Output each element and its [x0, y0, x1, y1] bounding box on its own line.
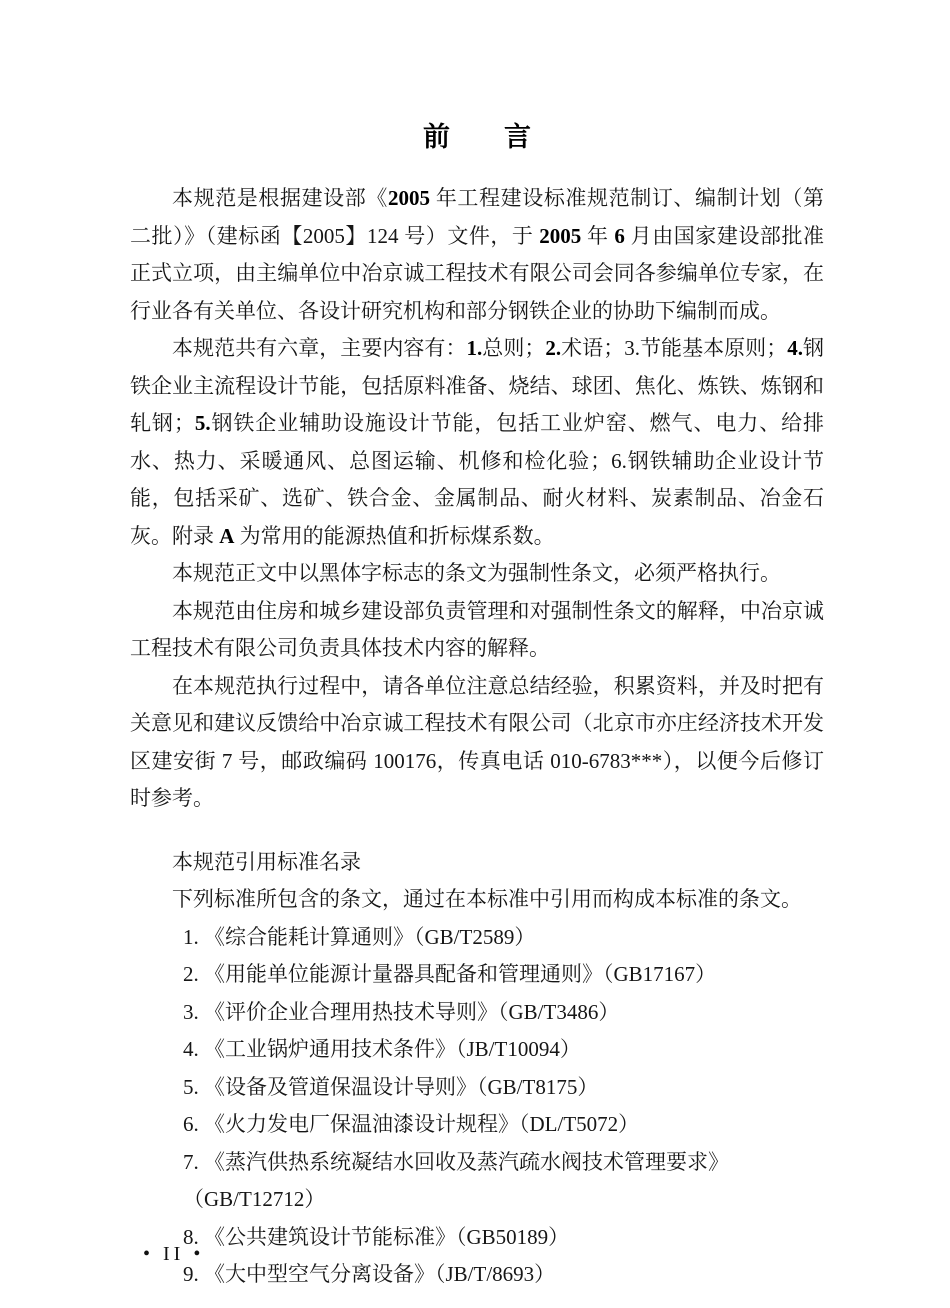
- reference-item-9: 9. 《大中型空气分离设备》（JB/T/8693）: [183, 1256, 824, 1294]
- bold-text-segment: 2.: [545, 336, 561, 360]
- bold-text-segment: A: [219, 524, 234, 548]
- text-segment: 本规范由住房和城乡建设部负责管理和对强制性条文的解释，中冶京诚工程技术有限公司负…: [130, 599, 824, 661]
- text-segment: 本规范共有六章，主要内容有：: [172, 336, 467, 360]
- reference-item-8: 8. 《公共建筑设计节能标准》（GB50189）: [183, 1219, 824, 1257]
- text-segment: 为常用的能源热值和折标煤系数。: [234, 524, 554, 548]
- page-title: 前 言: [130, 122, 824, 152]
- text-segment: 年: [581, 224, 614, 248]
- reference-item-6: 6. 《火力发电厂保温油漆设计规程》（DL/T5072）: [183, 1106, 824, 1144]
- preface-body: 本规范是根据建设部《2005 年工程建设标准规范制订、编制计划（第二批）》（建标…: [130, 180, 824, 1294]
- document-page: 前 言 本规范是根据建设部《2005 年工程建设标准规范制订、编制计划（第二批）…: [0, 0, 950, 1308]
- bold-text-segment: 2005: [539, 224, 581, 248]
- bold-text-segment: 1.: [467, 336, 483, 360]
- text-segment: 在本规范执行过程中，请各单位注意总结经验，积累资料，并及时把有关意见和建议反馈给…: [130, 674, 824, 811]
- bold-text-segment: 6: [614, 224, 625, 248]
- paragraph-mandatory-clauses: 本规范正文中以黑体字标志的条文为强制性条文，必须严格执行。: [130, 555, 824, 593]
- page-number-footer: • II •: [143, 1243, 204, 1266]
- text-segment: 本规范正文中以黑体字标志的条文为强制性条文，必须严格执行。: [172, 561, 781, 585]
- reference-item-3: 3. 《评价企业合理用热技术导则》（GB/T3486）: [183, 994, 824, 1032]
- bold-text-segment: 2005: [388, 186, 430, 210]
- reference-item-2: 2. 《用能单位能源计量器具配备和管理通则》（GB17167）: [183, 956, 824, 994]
- references-heading: 本规范引用标准名录: [130, 844, 824, 882]
- text-segment: 总则；: [482, 336, 545, 360]
- reference-item-4: 4. 《工业锅炉通用技术条件》（JB/T10094）: [183, 1031, 824, 1069]
- paragraph-contents: 本规范共有六章，主要内容有：1.总则；2.术语；3.节能基本原则；4.钢铁企业主…: [130, 330, 824, 555]
- reference-item-5: 5. 《设备及管道保温设计导则》（GB/T8175）: [183, 1069, 824, 1107]
- text-segment: 术语；3.节能基本原则；: [561, 336, 787, 360]
- reference-item-1: 1. 《综合能耗计算通则》（GB/T2589）: [183, 919, 824, 957]
- paragraph-feedback: 在本规范执行过程中，请各单位注意总结经验，积累资料，并及时把有关意见和建议反馈给…: [130, 668, 824, 818]
- references-section: 本规范引用标准名录 下列标准所包含的条文，通过在本标准中引用而构成本标准的条文。…: [130, 844, 824, 1294]
- bold-text-segment: 5.: [195, 411, 211, 435]
- references-intro: 下列标准所包含的条文，通过在本标准中引用而构成本标准的条文。: [130, 881, 824, 919]
- text-segment: 本规范是根据建设部《: [172, 186, 388, 210]
- paragraph-origin: 本规范是根据建设部《2005 年工程建设标准规范制订、编制计划（第二批）》（建标…: [130, 180, 824, 330]
- reference-item-7: 7. 《蒸汽供热系统凝结水回收及蒸汽疏水阀技术管理要求》（GB/T12712）: [183, 1144, 824, 1219]
- paragraph-interpretation: 本规范由住房和城乡建设部负责管理和对强制性条文的解释，中冶京诚工程技术有限公司负…: [130, 593, 824, 668]
- references-list: 1. 《综合能耗计算通则》（GB/T2589） 2. 《用能单位能源计量器具配备…: [130, 919, 824, 1294]
- bold-text-segment: 4.: [787, 336, 803, 360]
